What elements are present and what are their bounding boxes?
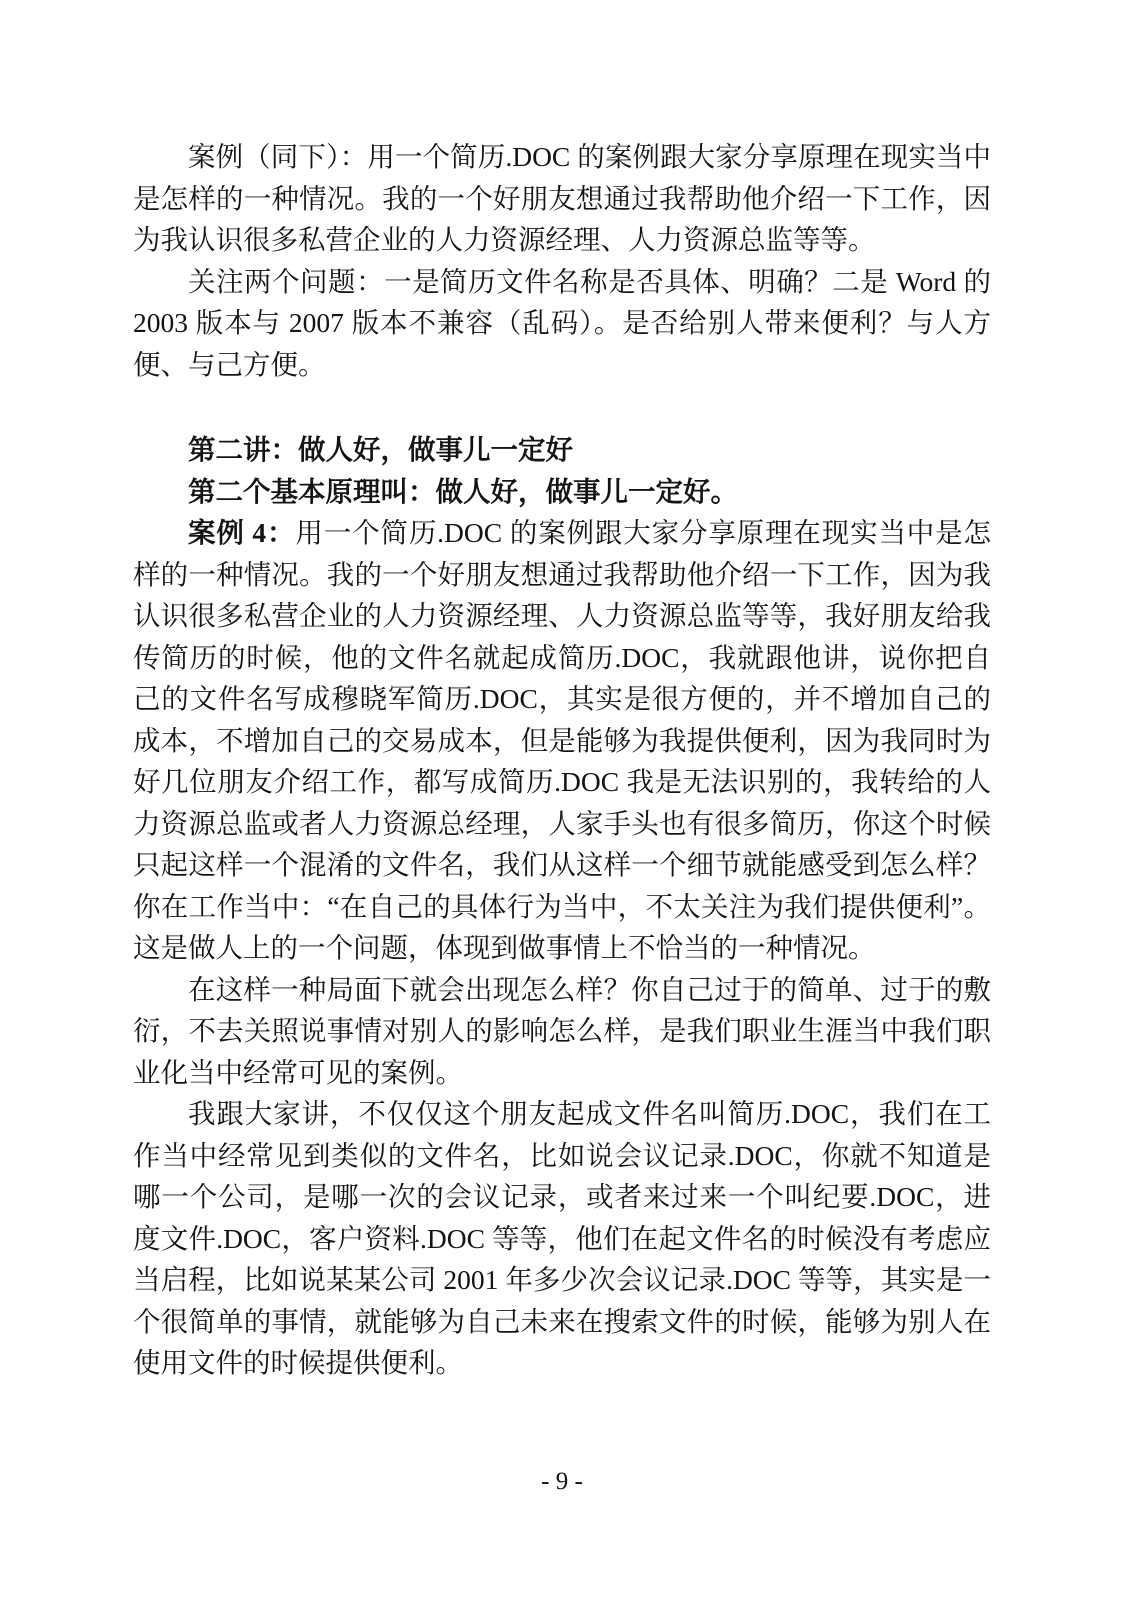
case-4-text: 用一个简历.DOC 的案例跟大家分享原理在现实当中是怎样的一种情况。我的一个好朋… bbox=[133, 517, 991, 963]
heading-principle-2: 第二个基本原理叫：做人好，做事儿一定好。 bbox=[133, 471, 991, 513]
page-number: - 9 - bbox=[133, 1466, 991, 1498]
heading-lecture-2: 第二讲：做人好，做事儿一定好 bbox=[133, 429, 991, 471]
paragraph-consequence: 在这样一种局面下就会出现怎么样？你自己过于的简单、过于的敷衍，不去关照说事情对别… bbox=[133, 969, 991, 1094]
document-page: 案例（同下）：用一个简历.DOC 的案例跟大家分享原理在现实当中是怎样的一种情况… bbox=[0, 0, 1131, 1600]
paragraph-two-questions: 关注两个问题：一是简历文件名称是否具体、明确？二是 Word 的 2003 版本… bbox=[133, 261, 991, 386]
case-4-label: 案例 4： bbox=[188, 517, 295, 548]
paragraph-filename-examples: 我跟大家讲，不仅仅这个朋友起成文件名叫简历.DOC，我们在工作当中经常见到类似的… bbox=[133, 1093, 991, 1384]
text-block: 案例（同下）：用一个简历.DOC 的案例跟大家分享原理在现实当中是怎样的一种情况… bbox=[133, 136, 991, 1384]
paragraph-case-same-below: 案例（同下）：用一个简历.DOC 的案例跟大家分享原理在现实当中是怎样的一种情况… bbox=[133, 136, 991, 261]
paragraph-case-4: 案例 4：用一个简历.DOC 的案例跟大家分享原理在现实当中是怎样的一种情况。我… bbox=[133, 512, 991, 969]
